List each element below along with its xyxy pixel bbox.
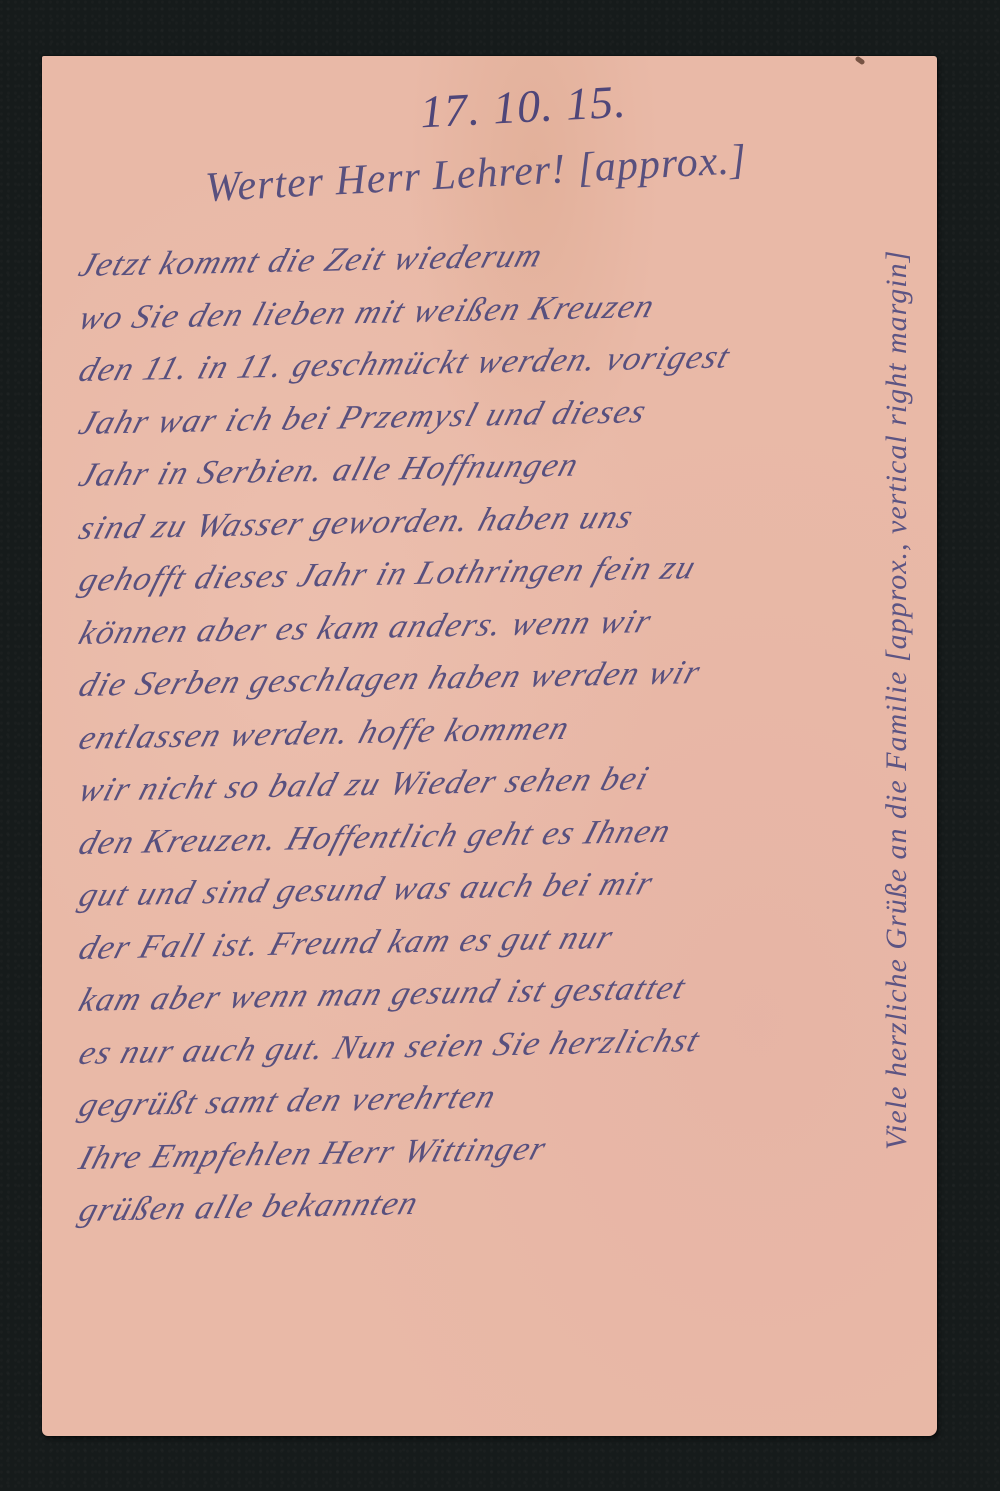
- letter-body: Jetzt kommt die Zeit wiederum wo Sie den…: [80, 240, 910, 1238]
- letter-date: 17. 10. 15.: [419, 75, 628, 139]
- margin-note: Viele herzliche Grüße an die Familie [ap…: [880, 250, 914, 1150]
